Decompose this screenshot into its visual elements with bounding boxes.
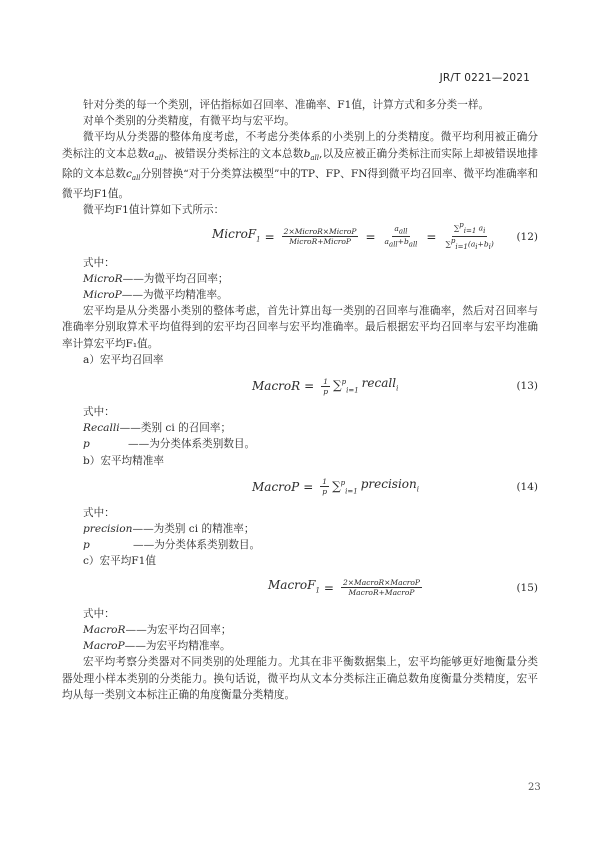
var-a-all: aall [148,148,163,160]
paragraph-5: 宏平均是从分类器小类别的整体考虑，首先计算出每一类别的召回率与准确率，然后对召回… [62,303,538,352]
one-over-p: 1p [321,377,330,396]
eq14-rhs: precisioni [361,476,419,498]
definition-macroP: MacroP——为宏平均精准率。 [62,638,538,654]
equation-number: (13) [516,378,538,394]
paragraph-2: 对单个类别的分类精度，有微平均与宏平均。 [62,113,538,129]
equation-12: MicroF1 = 2×MicroR×MicroPMicroR+MicroP =… [62,219,538,255]
eq13-lhs: MacroR [252,378,300,394]
where-label: 式中： [62,255,538,271]
eq12-frac2: aallaall+ball [383,224,420,250]
eq15-frac: 2×MacroR×MacroPMacroR+MacroP [341,578,422,597]
text-span: 、被错误分类标注的文本总数 [163,148,303,160]
where-label: 式中： [62,606,538,622]
eq13-sum: ∑pi=1 [333,374,359,399]
eq14-lhs: MacroP [252,479,299,495]
definition-macroR: MacroR——为宏平均召回率； [62,622,538,638]
list-item-b: b）宏平均精准率 [62,453,538,469]
one-over-p: 1p [320,477,329,496]
equation-number: (14) [516,479,538,495]
paragraph-3: 微平均从分类器的整体角度考虑，不考虑分类体系的小类别上的分类精度。微平均利用被正… [62,129,538,202]
paragraph-6: 宏平均考察分类器对不同类别的处理能力。尤其在非平衡数据集上，宏平均能够更好地衡量… [62,654,538,703]
eq14-sum: ∑pi=1 [332,475,358,500]
definition-p: p——为分类体系类别数目。 [62,537,538,553]
list-item-a: a）宏平均召回率 [62,352,538,368]
definition-microP: MicroP——为微平均精准率。 [62,287,538,303]
page-number: 23 [528,782,541,793]
definition-p: p——为分类体系类别数目。 [62,436,538,452]
where-label: 式中： [62,505,538,521]
document-body: 针对分类的每一个类别，评估指标如召回率、准确率、F1值，计算方式和多分类一样。 … [62,97,538,703]
eq15-lhs: MacroF1 [268,577,320,599]
equation-number: (12) [516,229,538,245]
var-b-all: ball [304,148,319,160]
where-label: 式中： [62,404,538,420]
equation-number: (15) [516,580,538,596]
eq13-rhs: recalli [362,375,399,397]
definition-precision: precision——为类别 ci 的精准率； [62,521,538,537]
equation-15: MacroF1 = 2×MacroR×MacroPMacroR+MacroP (… [62,570,538,606]
equation-14: MacroP = 1p ∑pi=1 precisioni (14) [62,469,538,505]
equation-13: MacroR = 1p ∑pi=1 recalli (13) [62,368,538,404]
definition-microR: MicroR——为微平均召回率； [62,271,538,287]
var-c-all: call [126,168,141,180]
paragraph-1: 针对分类的每一个类别，评估指标如召回率、准确率、F1值，计算方式和多分类一样。 [62,97,538,113]
eq12-lhs: MicroF1 [212,226,261,248]
standard-code: JR/T 0221—2021 [440,72,530,84]
eq12-frac1: 2×MicroR×MicroPMicroR+MicroP [282,227,359,246]
definition-recalli: Recalli——类别 ci 的召回率； [62,420,538,436]
list-item-c: c）宏平均F1值 [62,553,538,569]
eq12-frac3: ∑pi=1 ai∑pi=1(ai+bi) [443,221,495,252]
paragraph-4: 微平均F1值计算如下式所示： [62,202,538,218]
